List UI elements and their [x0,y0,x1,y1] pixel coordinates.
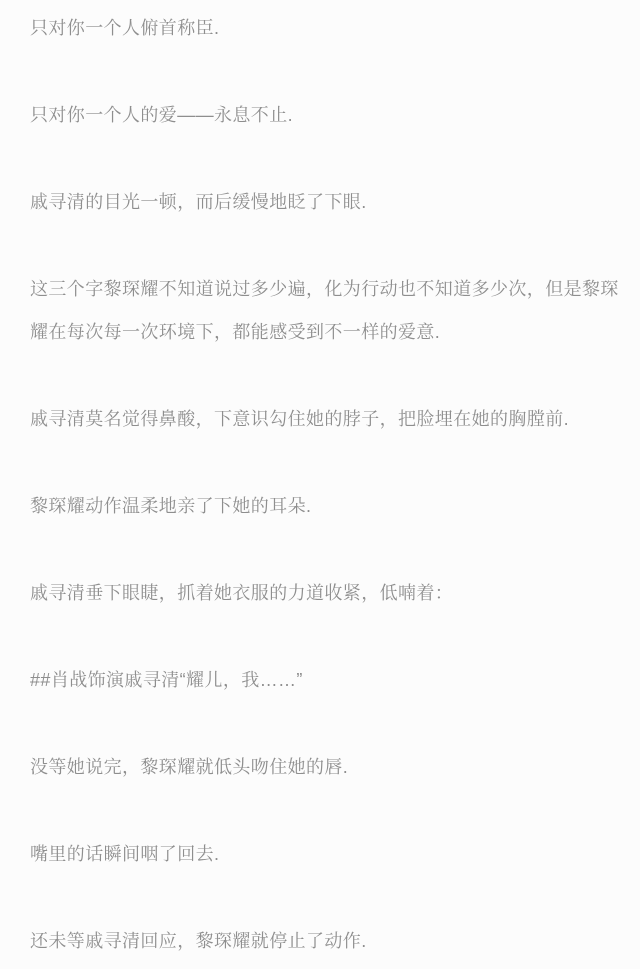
paragraph-8: ##肖战饰演戚寻清“耀儿，我……” [30,659,620,702]
paragraph-7: 戚寻清垂下眼睫，抓着她衣服的力道收紧，低喃着： [30,572,620,615]
paragraph-1: 只对你一个人俯首称臣. [30,7,620,50]
paragraph-3: 戚寻清的目光一顿，而后缓慢地眨了下眼. [30,181,620,224]
paragraph-4: 这三个字黎琛耀不知道说过多少遍，化为行动也不知道多少次，但是黎琛耀在每次每一次环… [30,268,620,354]
paragraph-5: 戚寻清莫名觉得鼻酸，下意识勾住她的脖子，把脸埋在她的胸膛前. [30,398,620,441]
paragraph-9: 没等她说完，黎琛耀就低头吻住她的唇. [30,746,620,789]
reader-text-content: 只对你一个人俯首称臣.只对你一个人的爱——永息不止.戚寻清的目光一顿，而后缓慢地… [30,7,620,963]
paragraph-10: 嘴里的话瞬间咽了回去. [30,833,620,876]
paragraph-2: 只对你一个人的爱——永息不止. [30,94,620,137]
novel-reader-page: 只对你一个人俯首称臣.只对你一个人的爱——永息不止.戚寻清的目光一顿，而后缓慢地… [0,0,640,969]
paragraph-11: 还未等戚寻清回应，黎琛耀就停止了动作. [30,920,620,963]
paragraph-6: 黎琛耀动作温柔地亲了下她的耳朵. [30,485,620,528]
